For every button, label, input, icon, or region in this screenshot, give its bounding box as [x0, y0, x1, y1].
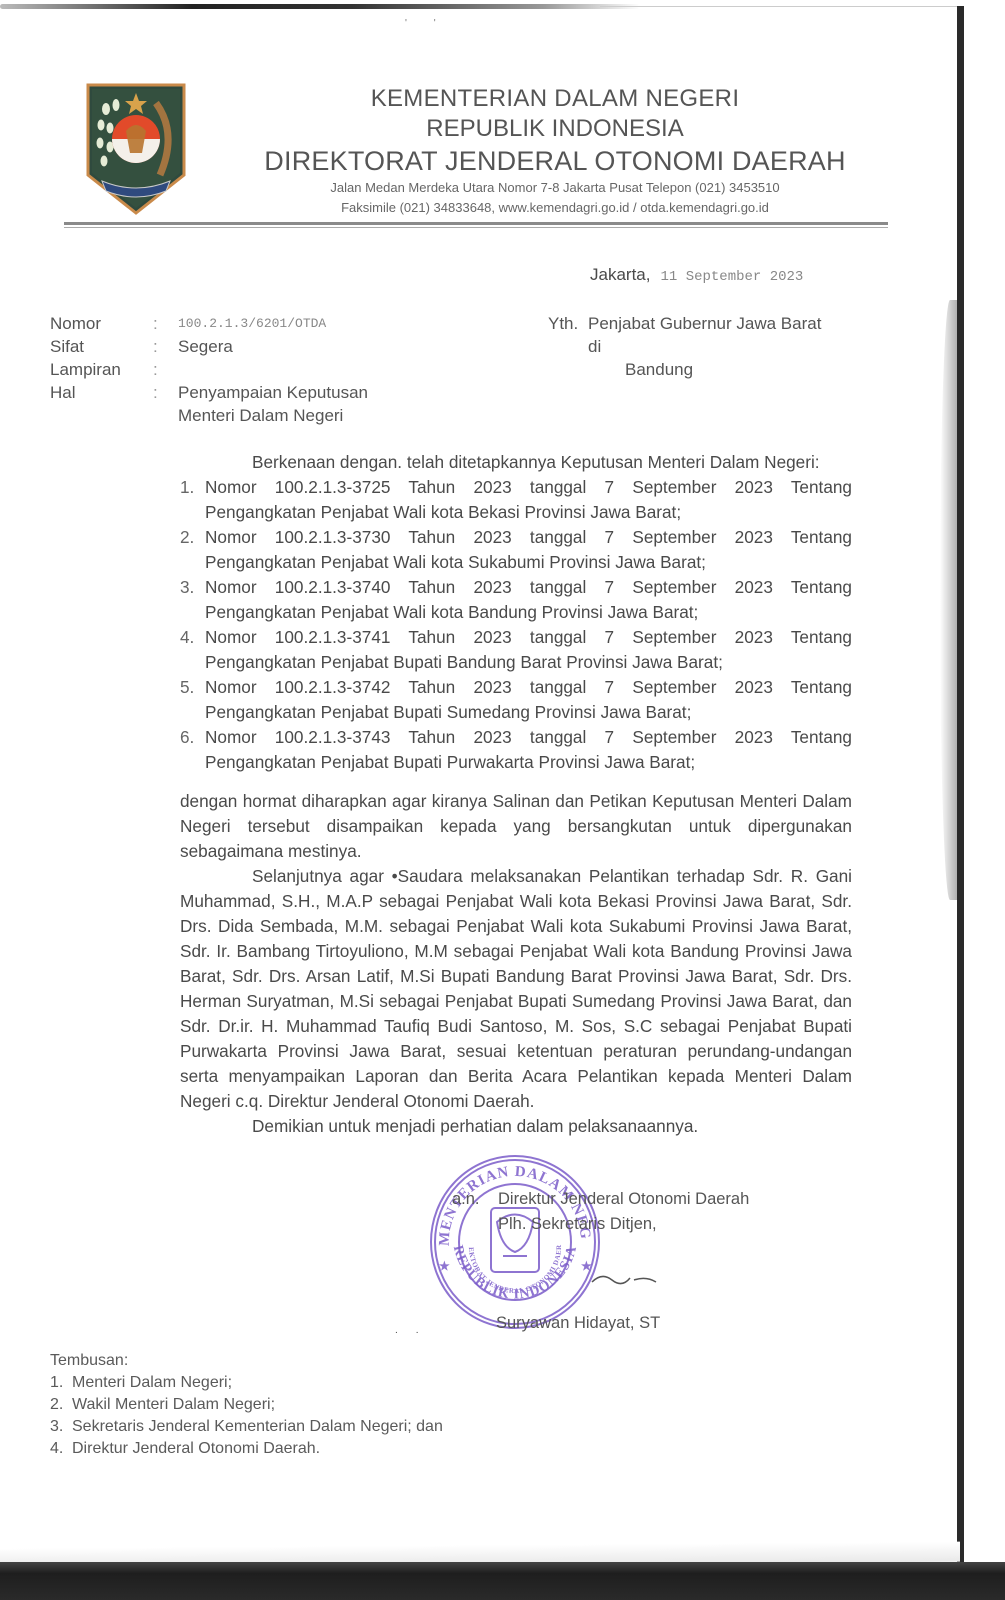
colon: : — [153, 381, 178, 427]
tembusan: Tembusan: 1.Menteri Dalam Negeri; 2.Waki… — [50, 1350, 443, 1460]
an-label: a.n. — [452, 1187, 498, 1212]
decree-list: 1.Nomor 100.2.1.3-3725 Tahun 2023 tangga… — [180, 475, 852, 775]
request-paragraph: dengan hormat diharapkan agar kiranya Sa… — [180, 789, 852, 864]
decree-item: 6.Nomor 100.2.1.3-3743 Tahun 2023 tangga… — [180, 725, 852, 775]
handwritten-signature-icon — [590, 1268, 660, 1288]
date-place: Jakarta, — [590, 265, 650, 284]
sifat-label: Sifat — [50, 335, 153, 358]
cc-item: 3.Sekretaris Jenderal Kementerian Dalam … — [50, 1416, 443, 1438]
colon: : — [153, 312, 178, 335]
hal-value: Penyampaian Keputusan — [178, 383, 368, 402]
opening-paragraph: Berkenaan dengan. telah ditetapkannya Ke… — [180, 450, 852, 475]
cc-item: 1.Menteri Dalam Negeri; — [50, 1372, 443, 1394]
letterhead-rule-thin — [64, 227, 888, 228]
ministry-name: KEMENTERIAN DALAM NEGERI — [230, 84, 880, 114]
colon: : — [153, 358, 178, 381]
signer-title: Direktur Jenderal Otonomi Daerah — [498, 1190, 749, 1208]
decree-item: 1.Nomor 100.2.1.3-3725 Tahun 2023 tangga… — [180, 475, 852, 525]
scan-top-edge — [0, 4, 640, 9]
tembusan-title: Tembusan: — [50, 1350, 443, 1372]
signer-position: Plh. Sekretaris Ditjen, — [452, 1212, 749, 1237]
hal-value-cont: Menteri Dalam Negeri — [178, 406, 343, 425]
decree-item: 5.Nomor 100.2.1.3-3742 Tahun 2023 tangga… — [180, 675, 852, 725]
lampiran-label: Lampiran — [50, 358, 153, 381]
recipient: Penjabat Gubernur Jawa Barat — [588, 312, 821, 335]
signature-block: a.n.Direktur Jenderal Otonomi Daerah Plh… — [452, 1187, 749, 1237]
closing-paragraph: Demikian untuk menjadi perhatian dalam p… — [180, 1114, 852, 1139]
cc-item: 2.Wakil Menteri Dalam Negeri; — [50, 1394, 443, 1416]
scan-specks: .. — [395, 1325, 437, 1336]
di-label: di — [588, 335, 601, 358]
contact-line: Faksimile (021) 34833648, www.kemendagri… — [230, 198, 880, 218]
scan-specks: ' ' — [405, 18, 448, 29]
cc-item: 4.Direktur Jenderal Otonomi Daerah. — [50, 1438, 443, 1460]
letterhead-rule — [64, 222, 888, 225]
scan-right-edge — [957, 6, 964, 1566]
letterhead: KEMENTERIAN DALAM NEGERI REPUBLIK INDONE… — [230, 84, 880, 218]
inauguration-paragraph: Selanjutnya agar •Saudara melaksanakan P… — [180, 864, 852, 1114]
decree-item: 2.Nomor 100.2.1.3-3730 Tahun 2023 tangga… — [180, 525, 852, 575]
letter-body: Berkenaan dengan. telah ditetapkannya Ke… — [180, 450, 852, 1139]
yth-label: Yth. — [548, 312, 588, 335]
directorate-name: DIREKTORAT JENDERAL OTONOMI DAERAH — [230, 144, 880, 178]
decree-item: 4.Nomor 100.2.1.3-3741 Tahun 2023 tangga… — [180, 625, 852, 675]
colon: : — [153, 335, 178, 358]
date-value: 11 September 2023 — [660, 269, 803, 285]
kemendagri-emblem-icon — [86, 83, 186, 215]
signer-name: Suryawan Hidayat, ST — [496, 1311, 660, 1336]
hal-label: Hal — [50, 381, 153, 427]
official-stamp-icon: KEMENTERIAN DALAM NEGERI REPUBLIK INDONE… — [425, 1152, 605, 1332]
nomor-label: Nomor — [50, 312, 153, 335]
sifat-value: Segera — [178, 335, 233, 358]
scan-top-edge-line — [600, 6, 960, 7]
addressee: Yth. Penjabat Gubernur Jawa Barat di Ban… — [548, 312, 821, 381]
letter-date: Jakarta,11 September 2023 — [590, 265, 803, 285]
nomor-value: 100.2.1.3/6201/OTDA — [178, 312, 326, 335]
svg-text:★: ★ — [439, 1259, 450, 1273]
decree-item: 3.Nomor 100.2.1.3-3740 Tahun 2023 tangga… — [180, 575, 852, 625]
address-line: Jalan Medan Merdeka Utara Nomor 7-8 Jaka… — [230, 178, 880, 198]
republic-name: REPUBLIK INDONESIA — [230, 114, 880, 144]
recipient-city: Bandung — [548, 358, 821, 381]
letter-meta: Nomor : 100.2.1.3/6201/OTDA Sifat : Sege… — [50, 312, 368, 427]
scan-bottom-edge — [0, 1562, 1005, 1600]
